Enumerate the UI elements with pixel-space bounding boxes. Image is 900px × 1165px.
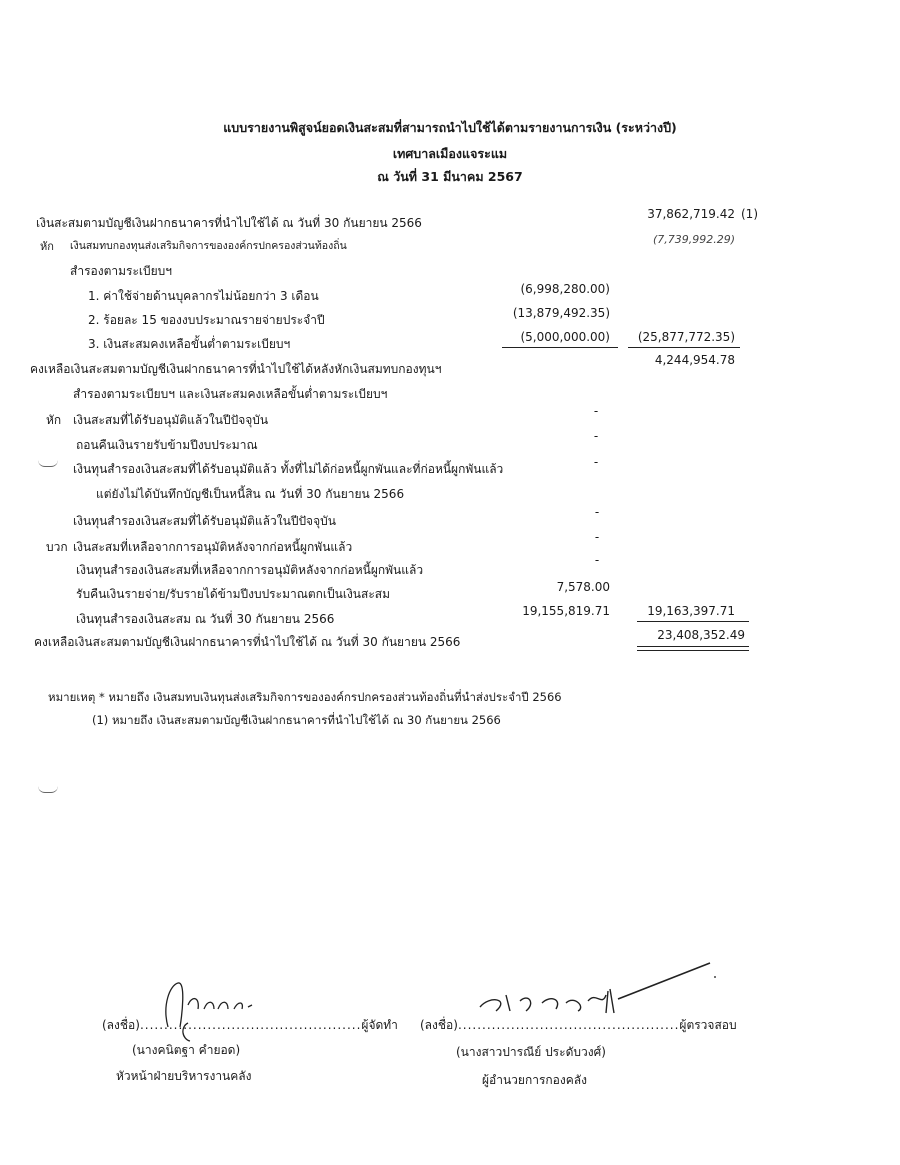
deduct-prefix: หัก (40, 237, 54, 255)
deduction-4-label: เงินทุนสำรองเงินสะสมที่ได้รับอนุมัติแล้ว… (73, 512, 336, 531)
note-2: (1) หมายถึง เงินสะสมตามบัญชีเงินฝากธนาคา… (92, 712, 501, 730)
preparer-position: หัวหน้าฝ่ายบริหารงานคลัง (116, 1067, 252, 1086)
reserve-item-3-amount: (5,000,000.00) (490, 330, 610, 344)
opening-total: 37,862,719.42 (595, 207, 735, 221)
margin-mark (38, 460, 58, 467)
total-underline (628, 347, 740, 348)
addition-2-label: เงินทุนสำรองเงินสะสมที่เหลือจากการอนุมัต… (76, 561, 423, 580)
deduction-3-label: เงินทุนสำรองเงินสะสมที่ได้รับอนุมัติแล้ว… (73, 460, 503, 479)
preparer-signature-scribble (160, 975, 270, 1045)
preparer-name: (นางคนิตฐา คำยอด) (132, 1041, 240, 1060)
deductions-prefix: หัก (46, 411, 61, 430)
opening-label: เงินสะสมตามบัญชีเงินฝากธนาคารที่นำไปใช้ไ… (36, 214, 422, 233)
margin-mark (38, 786, 58, 793)
balance-after-label-2: สำรองตามระเบียบฯ และเงินสะสมคงเหลือขั้นต… (73, 385, 387, 404)
deduction-3-label-2: แต่ยังไม่ได้บันทึกบัญชีเป็นหนี้สิน ณ วัน… (96, 485, 404, 504)
deduct-fund-label: เงินสมทบกองทุนส่งเสริมกิจการขององค์กรปกค… (70, 237, 347, 254)
balance-after-total: 4,244,954.78 (595, 353, 735, 367)
report-date: ณ วันที่ 31 มีนาคม 2567 (0, 167, 900, 187)
reserve-item-1-label: 1. ค่าใช้จ่ายด้านบุคลากรไม่น้อยกว่า 3 เด… (88, 287, 319, 306)
closing-double-underline (637, 646, 749, 651)
organization-name: เทศบาลเมืองแจระแม (0, 144, 900, 164)
reserve-heading: สำรองตามระเบียบฯ (70, 262, 172, 281)
balance-after-label: คงเหลือเงินสะสมตามบัญชีเงินฝากธนาคารที่น… (30, 360, 441, 379)
addition-1-amount: - (592, 530, 602, 544)
additions-total: 19,163,397.71 (595, 604, 735, 618)
deduct-fund-total: (7,739,992.29) (595, 233, 735, 246)
addition-3-amount: 7,578.00 (490, 580, 610, 594)
reserve-item-1-amount: (6,998,280.00) (490, 282, 610, 296)
deduction-1-label: เงินสะสมที่ได้รับอนุมัติแล้วในปีปัจจุบัน (73, 411, 268, 430)
deduction-2-amount: - (591, 429, 601, 443)
subtotal-underline (502, 347, 618, 348)
reserve-total: (25,877,772.35) (595, 330, 735, 344)
report-title: แบบรายงานพิสูจน์ยอดเงินสะสมที่สามารถนำไป… (0, 118, 900, 138)
addition-1-label: เงินสะสมที่เหลือจากการอนุมัติหลังจากก่อห… (73, 538, 352, 557)
deduction-2-label: ถอนคืนเงินรายรับข้ามปีงบประมาณ (76, 436, 258, 455)
reserve-item-2-label: 2. ร้อยละ 15 ของงบประมาณรายจ่ายประจำปี (88, 311, 325, 330)
addition-2-amount: - (592, 553, 602, 567)
deduction-4-amount: - (592, 505, 602, 519)
closing-total: 23,408,352.49 (605, 628, 745, 642)
reviewer-sign-prefix: (ลงชื่อ) (420, 1018, 458, 1032)
deduction-1-amount: - (591, 404, 601, 418)
closing-label: คงเหลือเงินสะสมตามบัญชีเงินฝากธนาคารที่น… (34, 633, 460, 652)
addition-4-amount: 19,155,819.71 (490, 604, 610, 618)
opening-note-ref: (1) (741, 207, 758, 221)
additions-underline (637, 621, 749, 622)
reviewer-name: (นางสาวปารณีย์ ประดับวงศ์) (456, 1043, 606, 1062)
addition-4-label: เงินทุนสำรองเงินสะสม ณ วันที่ 30 กันยายน… (76, 610, 334, 629)
deduction-3-amount: - (591, 455, 601, 469)
reserve-item-3-label: 3. เงินสะสมคงเหลือขั้นต่ำตามระเบียบฯ (88, 335, 290, 354)
reserve-item-2-amount: (13,879,492.35) (490, 306, 610, 320)
note-1: หมายเหตุ * หมายถึง เงินสมทบเงินทุนส่งเสร… (48, 689, 562, 707)
reviewer-signature-scribble (470, 955, 720, 1025)
additions-prefix: บวก (46, 538, 68, 557)
preparer-role: ผู้จัดทำ (361, 1018, 398, 1032)
addition-3-label: รับคืนเงินรายจ่าย/รับรายได้ข้ามปีงบประมา… (76, 585, 390, 604)
preparer-sign-prefix: (ลงชื่อ) (102, 1018, 140, 1032)
reviewer-position: ผู้อำนวยการกองคลัง (482, 1071, 587, 1090)
